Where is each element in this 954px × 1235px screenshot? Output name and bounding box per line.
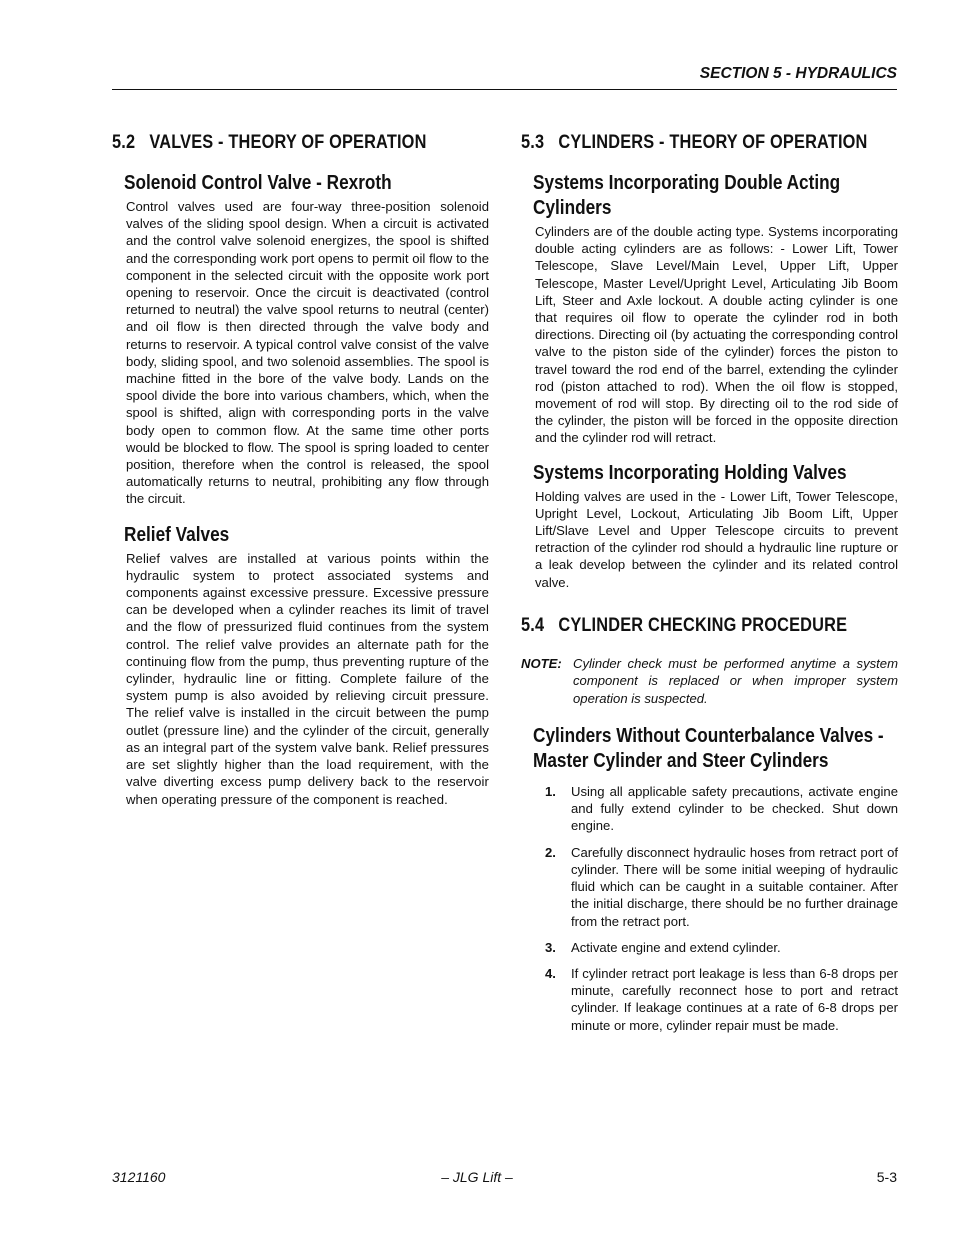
procedure-step: 1. Using all applicable safety precautio… xyxy=(545,783,898,835)
left-column: 5.2 VALVES - THEORY OF OPERATION Solenoi… xyxy=(112,130,489,808)
subheading-solenoid-control-valve: Solenoid Control Valve - Rexroth xyxy=(112,171,502,196)
subheading-relief-valves: Relief Valves xyxy=(112,523,502,548)
step-number: 3. xyxy=(545,939,571,956)
step-text: Using all applicable safety precautions,… xyxy=(571,783,898,835)
note-label: NOTE: xyxy=(521,655,573,707)
section-header-title: SECTION 5 - HYDRAULICS xyxy=(700,65,897,83)
step-text: Activate engine and extend cylinder. xyxy=(571,939,898,956)
subheading-double-acting-cylinders: Systems Incorporating Double Acting Cyli… xyxy=(521,171,894,221)
procedure-step: 2. Carefully disconnect hydraulic hoses … xyxy=(545,844,898,930)
header-divider xyxy=(112,89,897,90)
step-number: 1. xyxy=(545,783,571,835)
subheading-cylinders-without-counterbalance: Cylinders Without Counterbalance Valves … xyxy=(521,724,911,774)
procedure-steps: 1. Using all applicable safety precautio… xyxy=(521,783,898,1034)
procedure-step: 3. Activate engine and extend cylinder. xyxy=(545,939,898,956)
subheading-holding-valves: Systems Incorporating Holding Valves xyxy=(521,461,911,486)
footer-page-number: 5-3 xyxy=(877,1169,897,1185)
paragraph-relief-valves: Relief valves are installed at various p… xyxy=(112,550,489,808)
section-heading-5-3: 5.3 CYLINDERS - THEORY OF OPERATION xyxy=(521,132,845,154)
paragraph-holding-valves: Holding valves are used in the - Lower L… xyxy=(521,488,898,591)
section-heading-5-2: 5.2 VALVES - THEORY OF OPERATION xyxy=(112,132,436,154)
footer-publisher: – JLG Lift – xyxy=(0,1169,954,1185)
paragraph-double-acting-cylinders: Cylinders are of the double acting type.… xyxy=(521,223,898,447)
procedure-step: 4. If cylinder retract port leakage is l… xyxy=(545,965,898,1034)
paragraph-solenoid-control-valve: Control valves used are four-way three-p… xyxy=(112,198,489,508)
step-text: If cylinder retract port leakage is less… xyxy=(571,965,898,1034)
step-text: Carefully disconnect hydraulic hoses fro… xyxy=(571,844,898,930)
step-number: 2. xyxy=(545,844,571,930)
right-column: 5.3 CYLINDERS - THEORY OF OPERATION Syst… xyxy=(521,130,898,1043)
note-block: NOTE: Cylinder check must be performed a… xyxy=(521,655,898,707)
step-number: 4. xyxy=(545,965,571,1034)
section-heading-5-4: 5.4 CYLINDER CHECKING PROCEDURE xyxy=(521,615,845,637)
note-text: Cylinder check must be performed anytime… xyxy=(573,655,898,707)
